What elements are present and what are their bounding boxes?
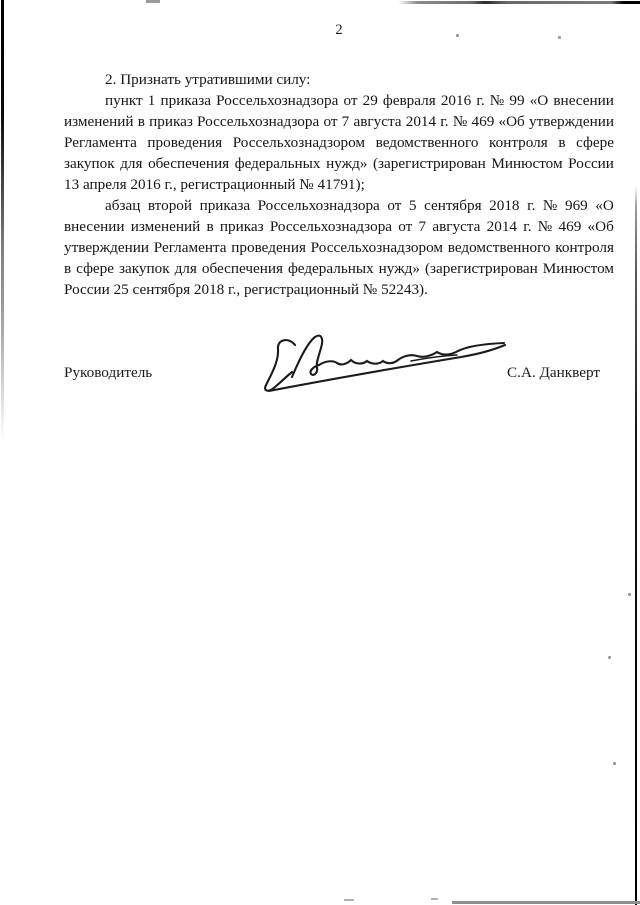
text-line: измененийвприказРоссельхознадзораот7авгу… xyxy=(64,111,614,132)
text-line: всферезакупокдляобеспеченияфедеральныхну… xyxy=(64,258,614,279)
text-line: утвержденииРегламентапроведенияРоссельхо… xyxy=(64,237,614,258)
paragraph: пункт1приказаРоссельхознадзораот29феврал… xyxy=(64,90,614,195)
scan-speck xyxy=(456,34,459,37)
document-page: 2 2. Признать утратившими силу: пункт1пр… xyxy=(0,0,640,905)
signatory-title: Руководитель xyxy=(64,362,152,383)
scan-edge-bottom-dash xyxy=(431,898,438,900)
scan-edge-left xyxy=(1,0,4,440)
scan-speck xyxy=(558,36,561,39)
text-line: 13 апреля 2016 г., регистрационный № 417… xyxy=(64,174,614,195)
text-line: России 25 сентября 2018 г., регистрацион… xyxy=(64,279,614,300)
scan-edge-right xyxy=(635,186,637,905)
text-line: абзацвторойприказаРоссельхознадзораот5се… xyxy=(64,195,614,216)
scan-edge-top xyxy=(398,1,640,4)
scan-speck xyxy=(613,762,616,765)
text-line: 2. Признать утратившими силу: xyxy=(64,69,614,90)
text-line: внесенииизмененийвприказРоссельхознадзор… xyxy=(64,216,614,237)
document-body: 2. Признать утратившими силу: пункт1прик… xyxy=(64,69,614,300)
scan-edge-bottom-dash xyxy=(344,899,354,901)
signature-block: Руководитель С.А. Данкверт xyxy=(64,362,614,383)
scan-edge-bottom xyxy=(452,901,640,904)
paragraph: 2. Признать утратившими силу: xyxy=(64,69,614,90)
paragraph: абзацвторойприказаРоссельхознадзораот5се… xyxy=(64,195,614,300)
text-line: РегламентапроведенияРоссельхознадзоромве… xyxy=(64,132,614,153)
text-line: пункт1приказаРоссельхознадзораот29феврал… xyxy=(64,90,614,111)
signatory-name: С.А. Данкверт xyxy=(507,362,614,383)
scan-speck xyxy=(628,593,631,596)
scan-edge-top-dash xyxy=(146,0,160,3)
page-number: 2 xyxy=(64,22,614,39)
text-line: закупокдляобеспеченияфедеральныхнужд»(за… xyxy=(64,153,614,174)
scan-speck xyxy=(608,656,611,659)
